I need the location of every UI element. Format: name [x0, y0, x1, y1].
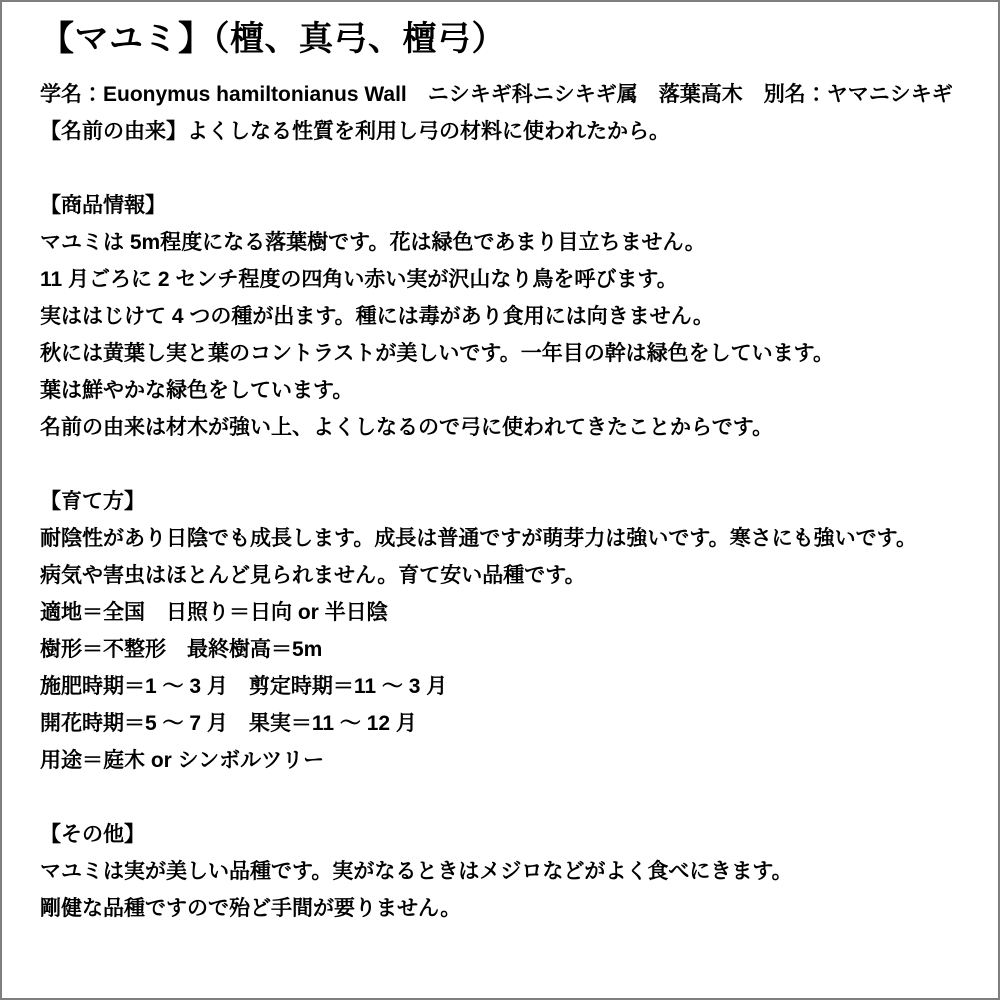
section-product-info: 【商品情報】 マユミは 5m程度になる落葉樹です。花は緑色であまり目立ちません。… [40, 187, 960, 446]
text-line: 樹形＝不整形 最終樹高＝5m [40, 631, 960, 668]
text-line: 施肥時期＝1 ～ 3 月 剪定時期＝11 ～ 3 月 [40, 668, 960, 705]
section-heading: 【商品情報】 [40, 187, 960, 224]
text-line: 葉は鮮やかな緑色をしています。 [40, 372, 960, 409]
text-line: 開花時期＝5 ～ 7 月 果実＝11 ～ 12 月 [40, 705, 960, 742]
page-title: 【マユミ】（檀、真弓、檀弓） [40, 14, 960, 64]
text-line: 病気や害虫はほとんど見られません。育て安い品種です。 [40, 557, 960, 594]
intro-block: 学名：Euonymus hamiltonianus Wall ニシキギ科ニシキギ… [40, 76, 960, 150]
text-line: 耐陰性があり日陰でも成長します。成長は普通ですが萌芽力は強いです。寒さにも強いで… [40, 520, 960, 557]
text-line: 名前の由来は材木が強い上、よくしなるので弓に使われてきたことからです。 [40, 409, 960, 446]
text-line: マユミは実が美しい品種です。実がなるときはメジロなどがよく食べにきます。 [40, 853, 960, 890]
text-line: 用途＝庭木 or シンボルツリー [40, 742, 960, 779]
section-heading: 【育て方】 [40, 483, 960, 520]
text-line: 秋には黄葉し実と葉のコントラストが美しいです。一年目の幹は緑色をしています。 [40, 335, 960, 372]
text-line: マユミは 5m程度になる落葉樹です。花は緑色であまり目立ちません。 [40, 224, 960, 261]
page-content: 【マユミ】（檀、真弓、檀弓） 学名：Euonymus hamiltonianus… [2, 2, 998, 927]
section-how-to-grow: 【育て方】 耐陰性があり日陰でも成長します。成長は普通ですが萌芽力は強いです。寒… [40, 483, 960, 779]
text-line: 剛健な品種ですので殆ど手間が要りません。 [40, 890, 960, 927]
scientific-name-line: 学名：Euonymus hamiltonianus Wall ニシキギ科ニシキギ… [40, 76, 960, 113]
section-heading: 【その他】 [40, 816, 960, 853]
text-line: 実ははじけて 4 つの種が出ます。種には毒があり食用には向きません。 [40, 298, 960, 335]
name-origin-line: 【名前の由来】よくしなる性質を利用し弓の材料に使われたから。 [40, 113, 960, 150]
product-description-page: 【マユミ】（檀、真弓、檀弓） 学名：Euonymus hamiltonianus… [0, 0, 1000, 1000]
section-other: 【その他】 マユミは実が美しい品種です。実がなるときはメジロなどがよく食べにきま… [40, 816, 960, 927]
text-line: 適地＝全国 日照り＝日向 or 半日陰 [40, 594, 960, 631]
text-line: 11 月ごろに 2 センチ程度の四角い赤い実が沢山なり鳥を呼びます。 [40, 261, 960, 298]
